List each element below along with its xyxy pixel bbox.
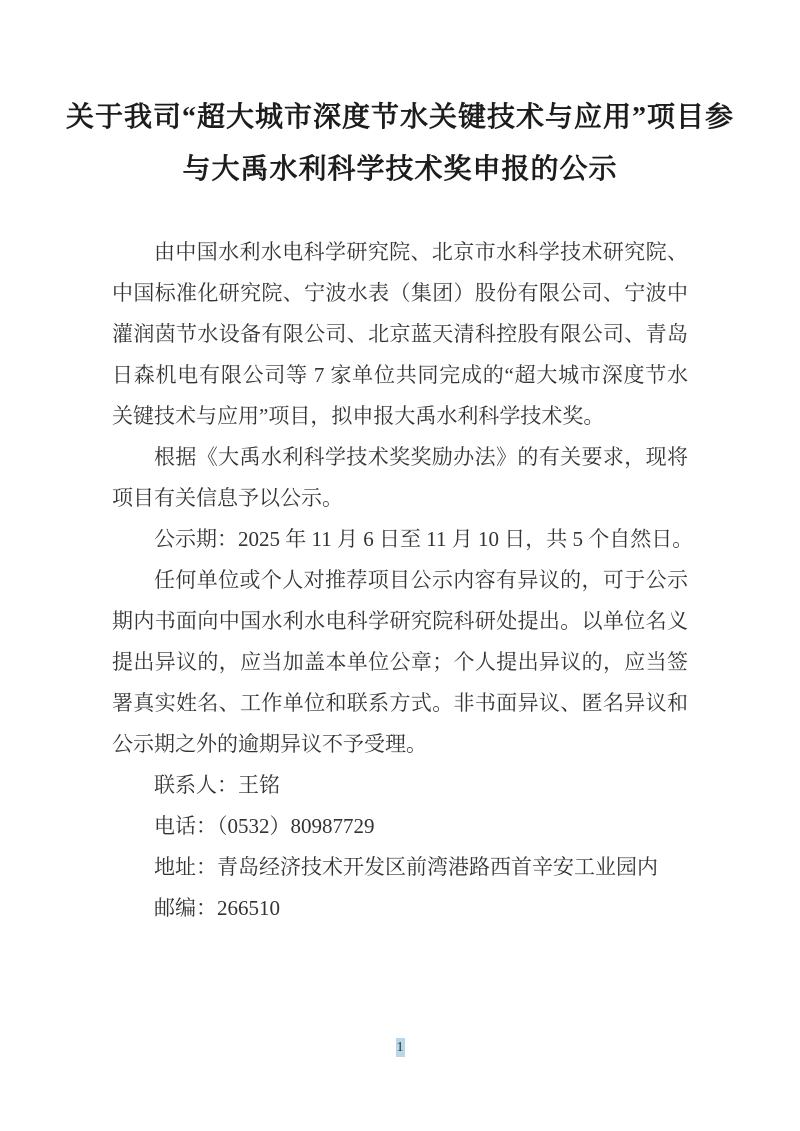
- contact-address-line: 地址：青岛经济技术开发区前湾港路西首辛安工业园内: [112, 847, 688, 888]
- body-line: 公示期之外的逾期异议不予受理。: [112, 724, 688, 765]
- contact-postcode-line: 邮编：266510: [112, 888, 688, 929]
- contact-phone-line: 电话：（0532）80987729: [112, 806, 688, 847]
- page-number: 1: [396, 1038, 405, 1057]
- contact-person-line: 联系人：王铭: [112, 765, 688, 806]
- body-line-public-period: 公示期：2025 年 11 月 6 日至 11 月 10 日，共 5 个自然日。: [112, 519, 688, 560]
- body-line: 由中国水利水电科学研究院、北京市水科学技术研究院、: [112, 232, 688, 273]
- title-line-1: 关于我司“超大城市深度节水关键技术与应用”项目参: [50, 92, 750, 144]
- body-line: 关键技术与应用”项目，拟申报大禹水利科学技术奖。: [112, 396, 688, 437]
- page-footer: 1: [0, 1038, 800, 1057]
- body-line: 期内书面向中国水利水电科学研究院科研处提出。以单位名义: [112, 601, 688, 642]
- body-line: 署真实姓名、工作单位和联系方式。非书面异议、匿名异议和: [112, 683, 688, 724]
- title-line-2: 与大禹水利科学技术奖申报的公示: [50, 144, 750, 196]
- document-title: 关于我司“超大城市深度节水关键技术与应用”项目参 与大禹水利科学技术奖申报的公示: [0, 92, 800, 196]
- body-line: 日森机电有限公司等 7 家单位共同完成的“超大城市深度节水: [112, 355, 688, 396]
- body-line: 灌润茵节水设备有限公司、北京蓝天清科控股有限公司、青岛: [112, 314, 688, 355]
- body-line: 项目有关信息予以公示。: [112, 478, 688, 519]
- body-line: 任何单位或个人对推荐项目公示内容有异议的，可于公示: [112, 560, 688, 601]
- body-line: 中国标准化研究院、宁波水表（集团）股份有限公司、宁波中: [112, 273, 688, 314]
- body-line: 根据《大禹水利科学技术奖奖励办法》的有关要求，现将: [112, 437, 688, 478]
- body-line: 提出异议的，应当加盖本单位公章；个人提出异议的，应当签: [112, 642, 688, 683]
- document-page: 关于我司“超大城市深度节水关键技术与应用”项目参 与大禹水利科学技术奖申报的公示…: [0, 0, 800, 1131]
- document-body: 由中国水利水电科学研究院、北京市水科学技术研究院、 中国标准化研究院、宁波水表（…: [112, 232, 688, 929]
